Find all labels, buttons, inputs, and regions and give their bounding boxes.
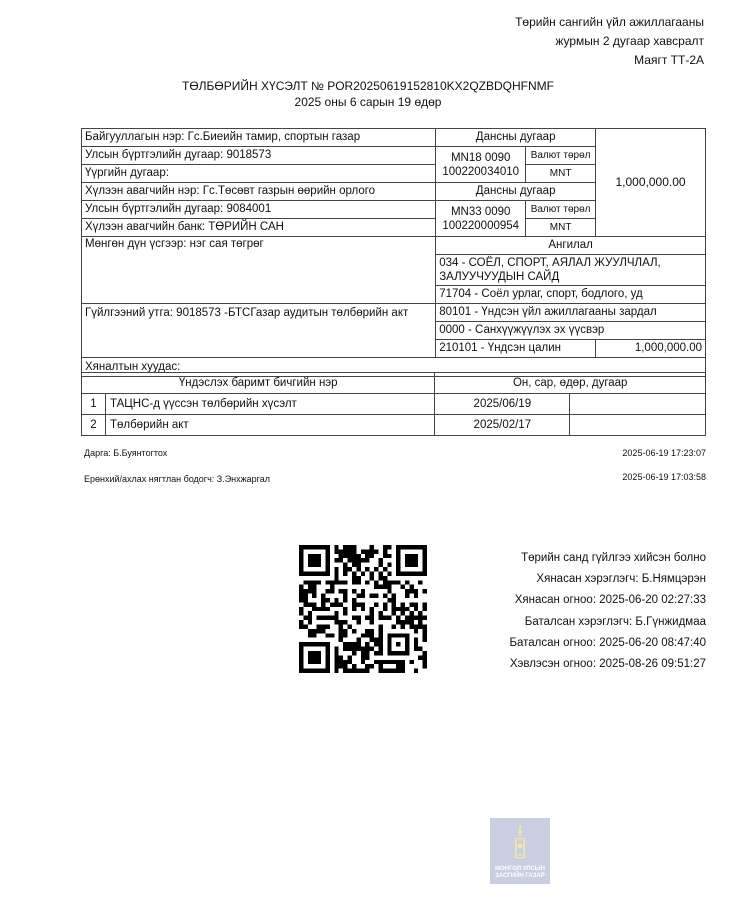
- reviewed-at: Хянасан огноо: 2025-06-20 02:27:33: [509, 590, 706, 611]
- doc-row-ref: [570, 394, 706, 415]
- classification-ministry: 034 - СОЁЛ, СПОРТ, АЯЛАЛ ЖУУЛЧЛАЛ, ЗАЛУУ…: [436, 255, 706, 286]
- approved-by: Баталсан хэрэглэгч: Б.Гүнжидмаа: [509, 612, 706, 633]
- approved-at: Баталсан огноо: 2025-06-20 08:47:40: [509, 633, 706, 654]
- doc-row-ref: [570, 415, 706, 436]
- document-date: 2025 оны 6 сарын 19 өдөр: [0, 94, 736, 110]
- government-logo: МОНГОЛ УЛСЫН ЗАСГИЙН ГАЗАР: [490, 818, 550, 884]
- logo-text-line1: МОНГОЛ УЛСЫН: [495, 866, 545, 873]
- classification-label: Ангилал: [436, 237, 706, 255]
- payer-account-label: Дансны дугаар: [436, 129, 596, 147]
- director-signature: Дарга: Б.Буянтогтох: [84, 448, 167, 458]
- reviewed-by: Хянасан хэрэглэгч: Б.Нямцэрэн: [509, 569, 706, 590]
- classification-program: 71704 - Соёл урлаг, спорт, бодлого, уд: [436, 286, 706, 304]
- treasury-status: Төрийн санд гүйлгээ хийсэн болно: [509, 548, 706, 569]
- doc-row-number: 1: [82, 394, 106, 415]
- table-row: 2 Төлбөрийн акт 2025/02/17: [82, 415, 706, 436]
- treasury-info: Төрийн санд гүйлгээ хийсэн болно Хянасан…: [509, 548, 706, 675]
- accountant-signature: Ерөнхий/ахлах нягтлан бодогч: З.Энхжарга…: [84, 474, 270, 484]
- doc-row-name: Төлбөрийн акт: [105, 415, 434, 436]
- classification-funding-source: 0000 - Санхүүжүүлэх эх үүсвэр: [436, 322, 706, 340]
- receiver-account-label: Дансны дугаар: [436, 183, 596, 201]
- doc-row-date: 2025/02/17: [435, 415, 570, 436]
- amount-in-words: Мөнгөн дүн үсгээр: нэг сая төгрөг: [82, 237, 436, 304]
- soyombo-icon: [515, 824, 525, 862]
- payer-currency: MNT: [526, 165, 596, 183]
- table-row: 1 ТАЦНС-д үүссэн төлбөрийн хүсэлт 2025/0…: [82, 394, 706, 415]
- payer-account-line1: MN18 0090: [439, 151, 522, 165]
- document-title: ТӨЛБӨРИЙН ХҮСЭЛТ № POR20250619152810KX2Q…: [0, 78, 736, 110]
- classification-expense-type: 80101 - Үндсэн үйл ажиллагааны зардал: [436, 304, 706, 322]
- classification-economic-code: 210101 - Үндсэн цалин: [436, 340, 596, 358]
- payer-loan-no: Үүргийн дугаар:: [82, 165, 436, 183]
- payer-currency-label: Валют төрөл: [526, 147, 596, 165]
- receiver-account-line2: 100220000954: [439, 219, 522, 233]
- payer-reg-no: Улсын бүртгэлийн дугаар: 9018573: [82, 147, 436, 165]
- receiver-currency: MNT: [526, 219, 596, 237]
- doc-row-name: ТАЦНС-д үүссэн төлбөрийн хүсэлт: [105, 394, 434, 415]
- doc-name-header: Үндэслэх баримт бичгийн нэр: [82, 373, 435, 394]
- payer-account-line2: 100220034010: [439, 165, 522, 179]
- director-signature-time: 2025-06-19 17:23:07: [622, 448, 706, 458]
- supporting-documents-table: Үндэслэх баримт бичгийн нэр Он, сар, өдө…: [81, 372, 706, 436]
- transaction-purpose: Гүйлгээний утга: 9018573 -БТСГазар аудит…: [82, 304, 436, 358]
- logo-text-line2: ЗАСГИЙН ГАЗАР: [495, 873, 545, 880]
- receiver-reg-no: Улсын бүртгэлийн дугаар: 9084001: [82, 201, 436, 219]
- doc-row-date: 2025/06/19: [435, 394, 570, 415]
- doc-row-number: 2: [82, 415, 106, 436]
- receiver-name: Хүлээн авагчийн нэр: Гс.Төсөвт газрын өө…: [82, 183, 436, 201]
- receiver-account-number: MN33 0090 100220000954: [436, 201, 526, 237]
- printed-at: Хэвлэсэн огноо: 2025-08-26 09:51:27: [509, 654, 706, 675]
- payer-account-number: MN18 0090 100220034010: [436, 147, 526, 183]
- accountant-signature-time: 2025-06-19 17:03:58: [622, 472, 706, 482]
- total-amount: 1,000,000.00: [596, 129, 706, 237]
- payer-org-name: Байгууллагын нэр: Гс.Биеийн тамир, спорт…: [82, 129, 436, 147]
- payment-request-number: ТӨЛБӨРИЙН ХҮСЭЛТ № POR20250619152810KX2Q…: [0, 78, 736, 94]
- form-reference: Төрийн сангийн үйл ажиллагааны журмын 2 …: [515, 13, 704, 70]
- form-reference-line2: журмын 2 дугаар хавсралт: [515, 32, 704, 51]
- doc-date-header: Он, сар, өдөр, дугаар: [435, 373, 706, 394]
- payment-details-table: Байгууллагын нэр: Гс.Биеийн тамир, спорт…: [81, 128, 706, 377]
- receiver-currency-label: Валют төрөл: [526, 201, 596, 219]
- receiver-bank: Хүлээн авагчийн банк: ТӨРИЙН САН: [82, 219, 436, 237]
- receiver-account-line1: MN33 0090: [439, 205, 522, 219]
- form-reference-line1: Төрийн сангийн үйл ажиллагааны: [515, 13, 704, 32]
- form-code: Маягт ТТ-2А: [515, 51, 704, 70]
- logo-text: МОНГОЛ УЛСЫН ЗАСГИЙН ГАЗАР: [495, 866, 545, 880]
- qr-code: [299, 545, 427, 673]
- classification-amount: 1,000,000.00: [596, 340, 706, 358]
